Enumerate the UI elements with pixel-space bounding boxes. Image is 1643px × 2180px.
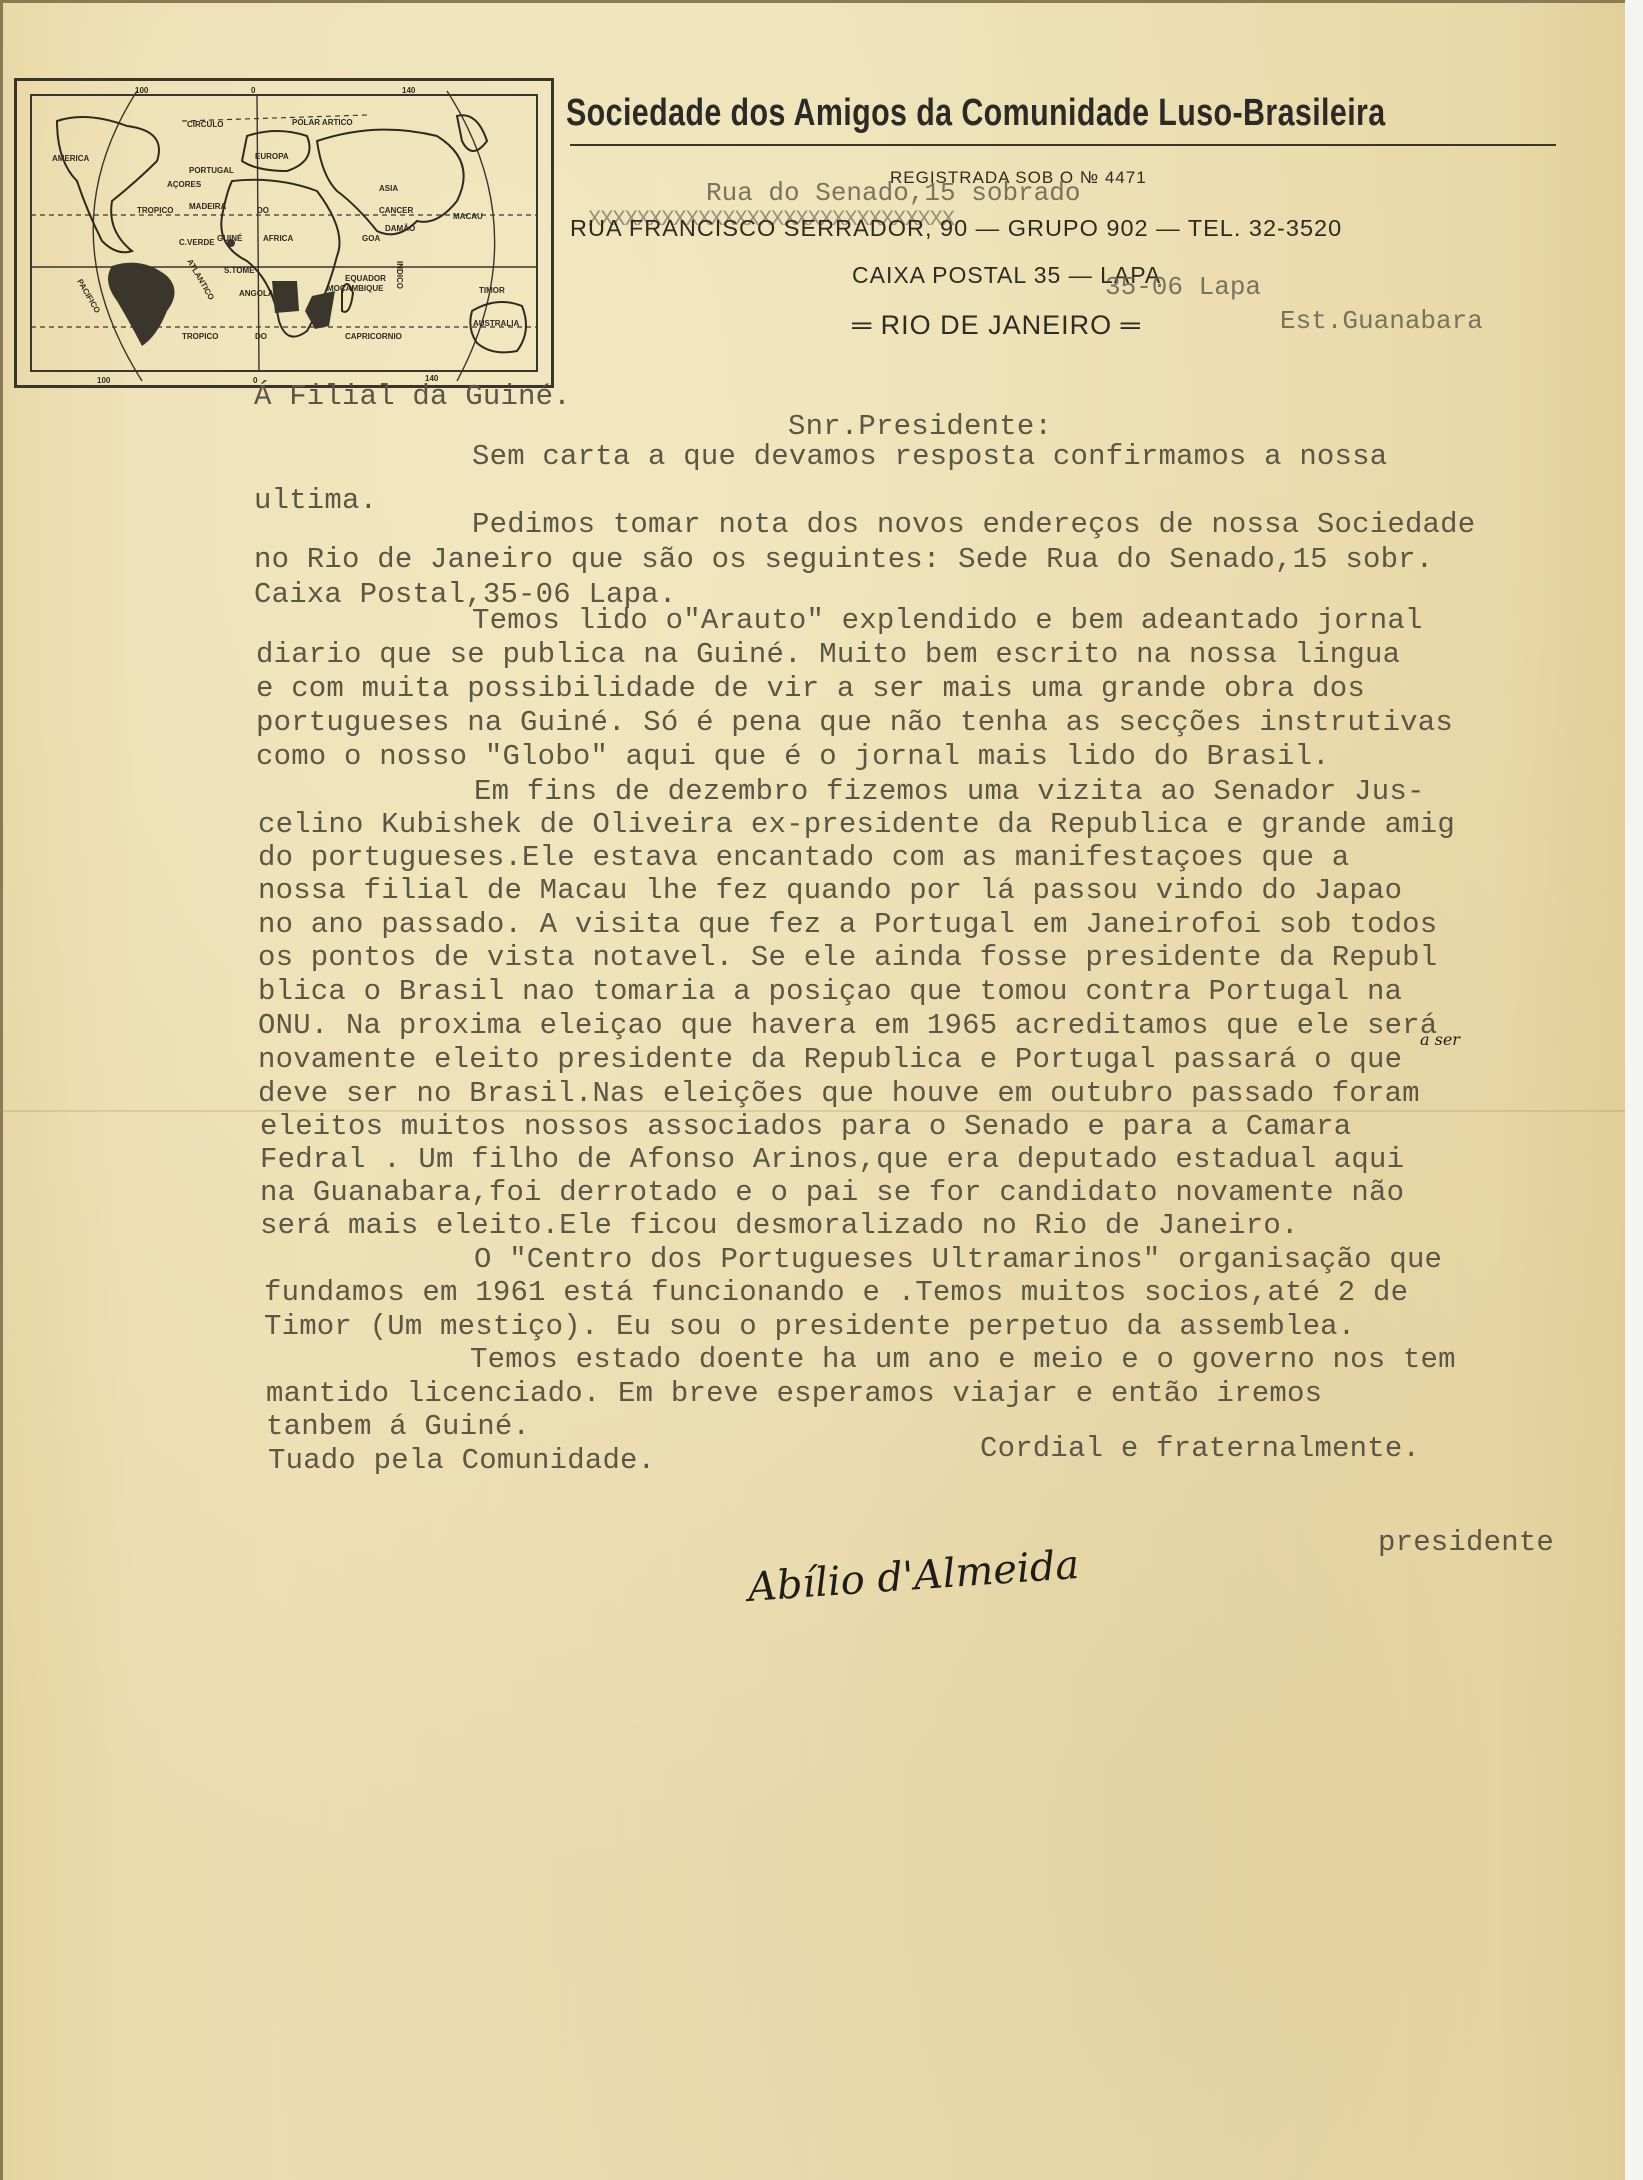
svg-text:100: 100 — [97, 376, 111, 385]
svg-text:GOA: GOA — [362, 234, 380, 243]
svg-text:ATLANTICO: ATLANTICO — [185, 258, 216, 302]
body-line: Timor (Um mestiço). Eu sou o presidente … — [264, 1310, 1355, 1343]
svg-text:GUINÉ: GUINÉ — [217, 234, 243, 243]
svg-text:AÇORES: AÇORES — [167, 180, 202, 189]
body-line: Fedral . Um filho de Afonso Arinos,que e… — [260, 1143, 1404, 1176]
body-line: os pontos de vista notavel. Se ele ainda… — [258, 941, 1437, 974]
svg-text:CIRCULO: CIRCULO — [187, 120, 223, 129]
salutation: Snr.Presidente: — [788, 410, 1052, 443]
body-line: ONU. Na proxima eleiçao que havera em 19… — [258, 1009, 1437, 1042]
body-line: como o nosso "Globo" aqui que é o jornal… — [256, 740, 1330, 773]
body-line: ultima. — [254, 484, 377, 517]
body-line: Temos estado doente ha um ano e meio e o… — [470, 1343, 1456, 1376]
svg-text:AFRICA: AFRICA — [263, 234, 293, 243]
body-line: O "Centro dos Portugueses Ultramarinos" … — [474, 1243, 1442, 1276]
svg-text:TIMOR: TIMOR — [479, 286, 505, 295]
svg-text:MACAU: MACAU — [453, 212, 483, 221]
body-line: no ano passado. A visita que fez a Portu… — [258, 908, 1437, 941]
body-line: diario que se publica na Guiné. Muito be… — [256, 638, 1400, 671]
body-line: deve ser no Brasil.Nas eleições que houv… — [258, 1077, 1420, 1110]
svg-text:0: 0 — [251, 86, 256, 95]
svg-text:INDICO: INDICO — [395, 261, 404, 289]
body-line: será mais eleito.Ele ficou desmoralizado… — [260, 1209, 1299, 1242]
body-line: Temos lido o"Arauto" explendido e bem ad… — [472, 604, 1423, 637]
body-line: Pedimos tomar nota dos novos endereços d… — [472, 508, 1475, 541]
body-line: Em fins de dezembro fizemos uma vizita a… — [474, 775, 1425, 808]
svg-text:TROPICO: TROPICO — [137, 206, 173, 215]
scan-margin — [1625, 0, 1643, 2180]
svg-text:ANGOLA: ANGOLA — [239, 289, 274, 298]
printed-city: ═ RIO DE JANEIRO ═ — [852, 310, 1141, 341]
closing-right: Cordial e fraternalmente. — [980, 1432, 1420, 1465]
typed-street-correction: Rua do Senado,15 sobrado — [706, 178, 1080, 208]
svg-text:TROPICO: TROPICO — [182, 332, 218, 341]
svg-text:AMERICA: AMERICA — [52, 154, 90, 163]
signer-title: presidente — [1378, 1526, 1554, 1559]
body-line: nossa filial de Macau lhe fez quando por… — [258, 874, 1402, 907]
svg-text:AUSTRALIA: AUSTRALIA — [473, 319, 519, 328]
body-line: blica o Brasil nao tomaria a posiçao que… — [258, 975, 1402, 1008]
svg-text:100: 100 — [135, 86, 149, 95]
body-line: novamente eleito presidente da Republica… — [258, 1043, 1402, 1076]
body-line: portugueses na Guiné. Só é pena que não … — [256, 706, 1453, 739]
svg-text:CANCER: CANCER — [379, 206, 413, 215]
printed-address: RUA FRANCISCO SERRADOR, 90 — GRUPO 902 —… — [570, 215, 1342, 242]
svg-text:DAMÃO: DAMÃO — [385, 224, 415, 233]
organization-name: Sociedade dos Amigos da Comunidade Luso-… — [566, 92, 1358, 135]
svg-text:CAPRICORNIO: CAPRICORNIO — [345, 332, 402, 341]
body-line: Sem carta a que devamos resposta confirm… — [472, 440, 1387, 473]
title-underline — [570, 144, 1556, 146]
svg-text:EQUADOR: EQUADOR — [345, 274, 386, 283]
body-line: e com muita possibilidade de vir a ser m… — [256, 672, 1365, 705]
body-line: mantido licenciado. Em breve esperamos v… — [266, 1377, 1322, 1410]
typed-state-correction: Est.Guanabara — [1280, 306, 1483, 336]
closing-left: Tuado pela Comunidade. — [268, 1444, 655, 1477]
handwritten-insertion: a ser — [1420, 1030, 1460, 1049]
svg-text:DO: DO — [255, 332, 267, 341]
svg-text:MADEIRA: MADEIRA — [189, 202, 227, 211]
world-map-logo: AMERICA EUROPA ASIA AFRICA AUSTRALIA POR… — [14, 78, 554, 388]
body-line: na Guanabara,foi derrotado e o pai se fo… — [260, 1176, 1404, 1209]
body-line: eleitos muitos nossos associados para o … — [260, 1110, 1351, 1143]
svg-text:EUROPA: EUROPA — [255, 152, 289, 161]
body-line: tanbem á Guiné. — [266, 1410, 530, 1443]
svg-text:DO: DO — [257, 206, 269, 215]
recipient: Á Filial da Guiné. — [254, 380, 571, 413]
body-line: do portugueses.Ele estava encantado com … — [258, 841, 1349, 874]
svg-text:PORTUGAL: PORTUGAL — [189, 166, 234, 175]
svg-text:PACIFICO: PACIFICO — [75, 278, 102, 315]
svg-text:C.VERDE: C.VERDE — [179, 238, 215, 247]
body-line: fundamos em 1961 está funcionando e .Tem… — [264, 1276, 1408, 1309]
map-illustration: AMERICA EUROPA ASIA AFRICA AUSTRALIA POR… — [17, 81, 551, 385]
typed-po-box-correction: 35-06 Lapa — [1105, 272, 1261, 302]
svg-text:POLAR ARTICO: POLAR ARTICO — [292, 118, 353, 127]
svg-text:S.TOMÉ: S.TOMÉ — [224, 266, 255, 275]
body-line: celino Kubishek de Oliveira ex-president… — [258, 808, 1455, 841]
svg-text:MOÇAMBIQUE: MOÇAMBIQUE — [327, 284, 384, 293]
svg-text:140: 140 — [402, 86, 416, 95]
svg-text:ASIA: ASIA — [379, 184, 398, 193]
body-line: no Rio de Janeiro que são os seguintes: … — [254, 543, 1433, 576]
